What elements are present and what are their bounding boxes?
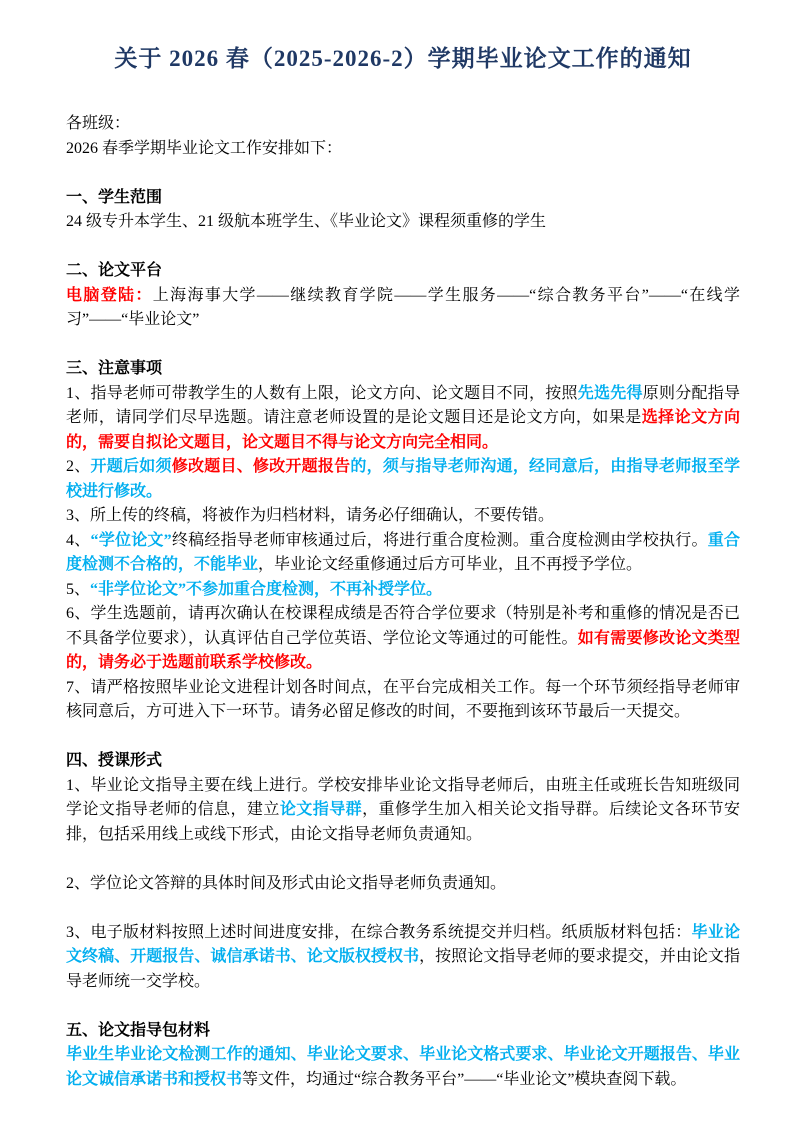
paragraph: 3、电子版材料按照上述时间进度安排，在综合教务系统提交并归档。纸质版材料包括：毕… [66, 921, 740, 995]
text-run: 3、电子版材料按照上述时间进度安排，在综合教务系统提交并归档。纸质版材料包括： [66, 924, 691, 941]
text-run: 1、指导老师可带教学生的人数有上限，论文方向、论文题目不同，按照 [66, 385, 578, 402]
paragraph: 毕业生毕业论文检测工作的通知、毕业论文要求、毕业论文格式要求、毕业论文开题报告、… [66, 1043, 740, 1092]
document-title: 关于 2026 春（2025-2026-2）学期毕业论文工作的通知 [66, 44, 740, 74]
text-run: 等文件，均通过“综合教务平台”——“毕业论文”模块查阅下载。 [242, 1071, 686, 1088]
blank-line [66, 235, 740, 260]
text-run: 终稿经指导老师审核通过后，将进行重合度检测。重合度检测由学校执行。 [172, 532, 708, 549]
text-run: 7、请严格按照毕业论文进程计划各时间点，在平台完成相关工作。每一个环节须经指导老… [66, 679, 740, 721]
highlight-red-run: 电脑登陆： [66, 287, 153, 304]
text-run: 5、 [66, 581, 90, 598]
paragraph: 1、指导老师可带教学生的人数有上限，论文方向、论文题目不同，按照先选先得原则分配… [66, 382, 740, 456]
blank-line [66, 847, 740, 872]
highlight-red-run: 修改题目、修改开题报告 [172, 458, 351, 475]
text-run: 3、所上传的终稿，将被作为归档材料，请务必仔细确认，不要传错。 [66, 507, 554, 524]
paragraph: 3、所上传的终稿，将被作为归档材料，请务必仔细确认，不要传错。 [66, 504, 740, 529]
blank-line [66, 994, 740, 1019]
paragraph: 各班级： [66, 112, 740, 137]
paragraph: 1、毕业论文指导主要在线上进行。学校安排毕业论文指导老师后，由班主任或班长告知班… [66, 774, 740, 848]
paragraph: 2026 春季学期毕业论文工作安排如下： [66, 137, 740, 162]
text-run: 上海海事大学——继续教育学院——学生服务——“综合教务平台”——“在线学习”——… [66, 287, 740, 329]
document-page: 关于 2026 春（2025-2026-2）学期毕业论文工作的通知 各班级：20… [0, 0, 800, 1134]
text-run: 2026 春季学期毕业论文工作安排如下： [66, 140, 342, 157]
section-heading: 五、论文指导包材料 [66, 1019, 740, 1044]
text-run: 五、论文指导包材料 [66, 1022, 210, 1039]
text-run: 2、 [66, 458, 91, 475]
text-run: 各班级： [66, 115, 130, 132]
highlight-blue-run: 开题后如须 [91, 458, 172, 475]
paragraph: 7、请严格按照毕业论文进程计划各时间点，在平台完成相关工作。每一个环节须经指导老… [66, 676, 740, 725]
paragraph: 4、“学位论文”终稿经指导老师审核通过后，将进行重合度检测。重合度检测由学校执行… [66, 529, 740, 578]
highlight-blue-run: “非学位论文”不参加重合度检测，不再补授学位。 [90, 581, 442, 598]
document-body: 各班级：2026 春季学期毕业论文工作安排如下：一、学生范围24 级专升本学生、… [66, 112, 740, 1092]
section-heading: 一、学生范围 [66, 186, 740, 211]
text-run: 2、学位论文答辩的具体时间及形式由论文指导老师负责通知。 [66, 875, 506, 892]
blank-line [66, 896, 740, 921]
blank-line [66, 161, 740, 186]
paragraph: 2、开题后如须修改题目、修改开题报告的，须与指导老师沟通，经同意后，由指导老师报… [66, 455, 740, 504]
paragraph: 6、学生选题前，请再次确认在校课程成绩是否符合学位要求（特别是补考和重修的情况是… [66, 602, 740, 676]
section-heading: 四、授课形式 [66, 749, 740, 774]
text-run: 二、论文平台 [66, 262, 162, 279]
paragraph: 电脑登陆：上海海事大学——继续教育学院——学生服务——“综合教务平台”——“在线… [66, 284, 740, 333]
paragraph: 2、学位论文答辩的具体时间及形式由论文指导老师负责通知。 [66, 872, 740, 897]
highlight-blue-run: 先选先得 [578, 385, 643, 402]
text-run: 一、学生范围 [66, 189, 162, 206]
highlight-blue-run: “学位论文” [90, 532, 171, 549]
paragraph: 24 级专升本学生、21 级航本班学生、《毕业论文》课程须重修的学生 [66, 210, 740, 235]
section-heading: 三、注意事项 [66, 357, 740, 382]
text-run: ，毕业论文经重修通过后方可毕业，且不再授予学位。 [258, 556, 642, 573]
paragraph: 5、“非学位论文”不参加重合度检测，不再补授学位。 [66, 578, 740, 603]
text-run: 三、注意事项 [66, 360, 162, 377]
text-run: 四、授课形式 [66, 752, 162, 769]
blank-line [66, 725, 740, 750]
text-run: 4、 [66, 532, 90, 549]
highlight-blue-run: 论文指导群 [280, 801, 362, 818]
text-run: 24 级专升本学生、21 级航本班学生、《毕业论文》课程须重修的学生 [66, 213, 546, 230]
blank-line [66, 333, 740, 358]
section-heading: 二、论文平台 [66, 259, 740, 284]
